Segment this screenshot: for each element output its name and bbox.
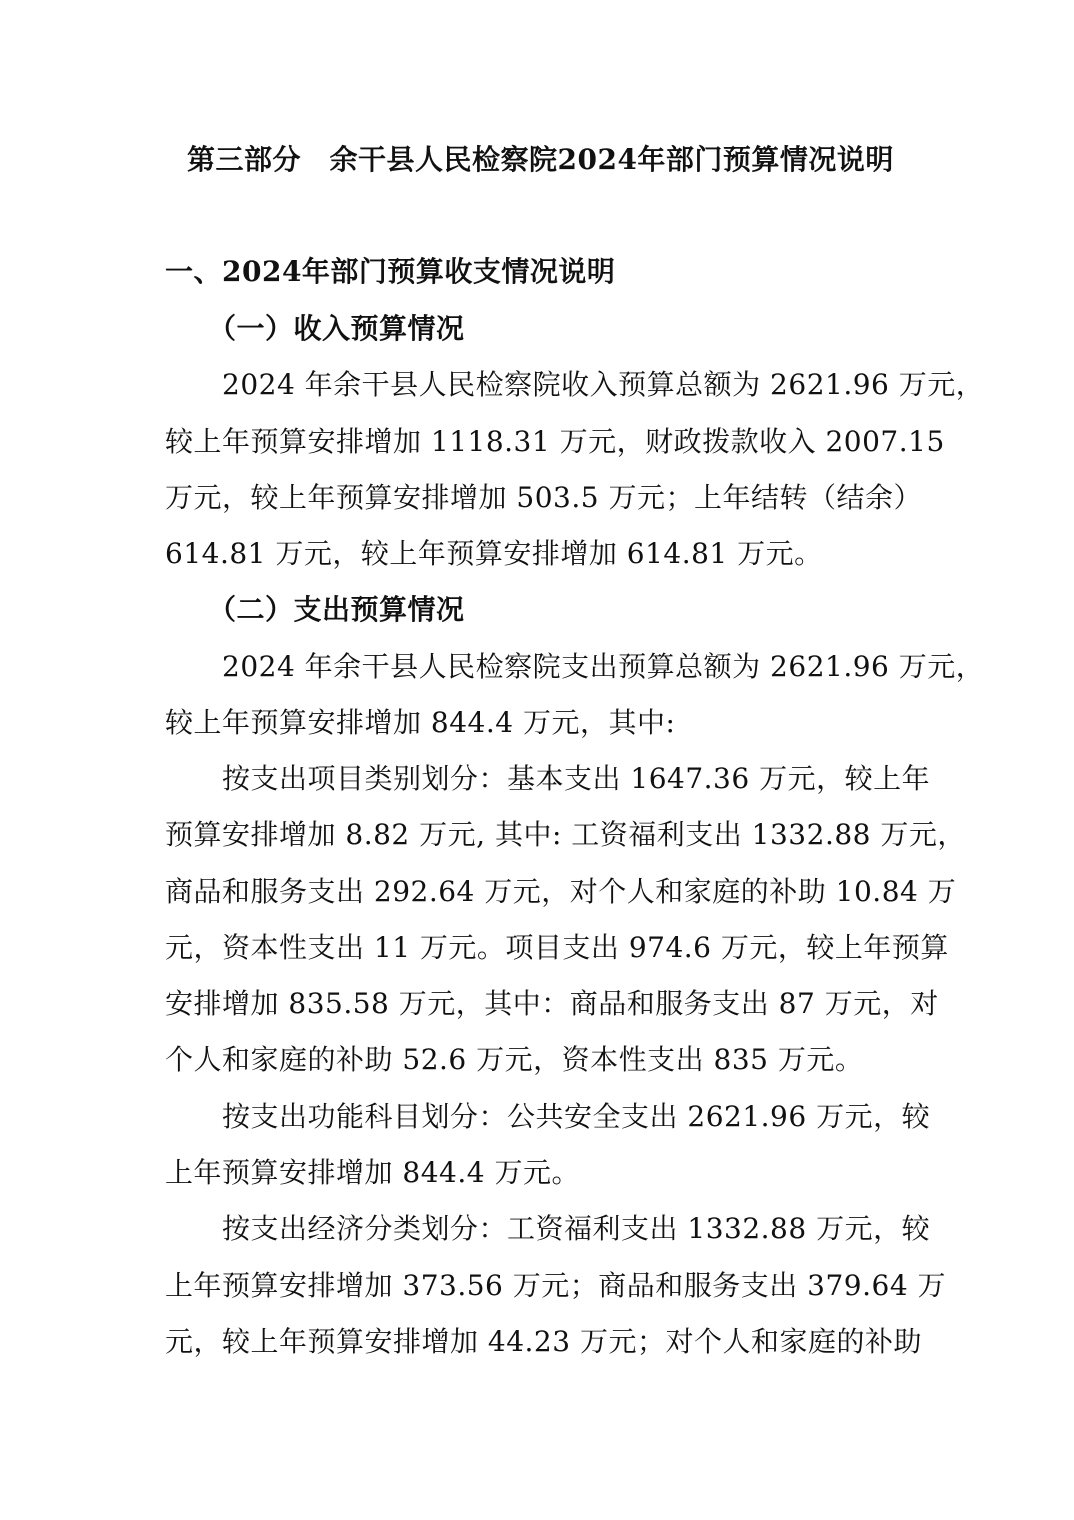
subsection-heading-expenditure: （二）支出预算情况 <box>208 593 465 627</box>
expenditure-by-economic-line: 上年预算安排增加 373.56 万元；商品和服务支出 379.64 万 <box>165 1269 913 1303</box>
expenditure-by-function-line: 上年预算安排增加 844.4 万元。 <box>165 1156 580 1190</box>
income-paragraph-line: 2024 年余干县人民检察院收入预算总额为 2621.96 万元， <box>222 368 914 402</box>
expenditure-by-project-line: 商品和服务支出 292.64 万元，对个人和家庭的补助 10.84 万 <box>165 875 913 909</box>
expenditure-paragraph-line: 2024 年余干县人民检察院支出预算总额为 2621.96 万元， <box>222 650 914 684</box>
expenditure-by-project-line: 安排增加 835.58 万元，其中：商品和服务支出 87 万元，对 <box>165 987 913 1021</box>
expenditure-by-project-line: 按支出项目类别划分：基本支出 1647.36 万元，较上年 <box>222 762 914 796</box>
expenditure-paragraph-line: 较上年预算安排增加 844.4 万元，其中: <box>165 706 675 740</box>
income-paragraph-line: 较上年预算安排增加 1118.31 万元，财政拨款收入 2007.15 <box>165 425 913 459</box>
income-paragraph-line: 614.81 万元，较上年预算安排增加 614.81 万元。 <box>165 537 823 571</box>
expenditure-by-project-line: 个人和家庭的补助 52.6 万元，资本性支出 835 万元。 <box>165 1043 863 1077</box>
expenditure-by-project-line: 元，资本性支出 11 万元。项目支出 974.6 万元，较上年预算 <box>165 931 913 965</box>
expenditure-by-function-line: 按支出功能科目划分：公共安全支出 2621.96 万元，较 <box>222 1100 914 1134</box>
page-title: 第三部分 余干县人民检察院2024年部门预算情况说明 <box>187 143 894 177</box>
section-heading-budget-overview: 一、2024年部门预算收支情况说明 <box>165 255 615 289</box>
expenditure-by-economic-line: 元，较上年预算安排增加 44.23 万元；对个人和家庭的补助 <box>165 1325 913 1359</box>
expenditure-by-project-line: 预算安排增加 8.82 万元, 其中: 工资福利支出 1332.88 万元， <box>165 818 913 852</box>
document-page: 第三部分 余干县人民检察院2024年部门预算情况说明 一、2024年部门预算收支… <box>0 0 1074 1520</box>
subsection-heading-income: （一）收入预算情况 <box>208 312 465 346</box>
expenditure-by-economic-line: 按支出经济分类划分：工资福利支出 1332.88 万元，较 <box>222 1212 914 1246</box>
income-paragraph-line: 万元，较上年预算安排增加 503.5 万元；上年结转（结余） <box>165 481 913 515</box>
